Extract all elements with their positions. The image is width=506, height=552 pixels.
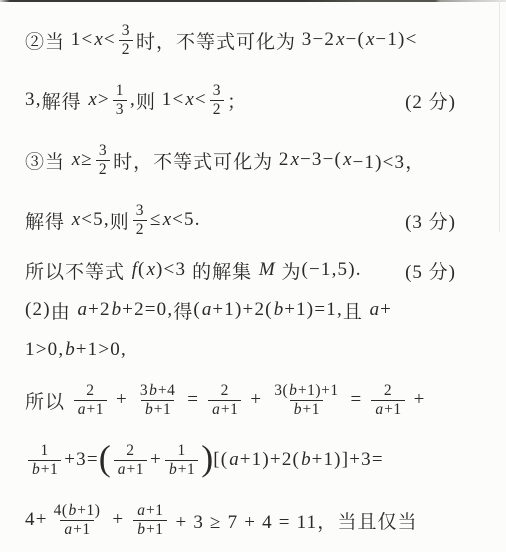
math-run: 1< [162,89,185,111]
math-run: [( [213,449,228,471]
fraction-numerator: 3 [133,202,147,220]
fraction-denominator: a+1 [74,400,107,419]
math-run: + [150,449,162,471]
math-run: 2 [221,382,229,400]
math-run: 3 [99,142,107,160]
math-run: −1)< [375,29,417,51]
math-line-case2-line1: ②当 1<x<32时，不等式可化为 3−2x−(x−1)< [25,10,458,70]
text-run: 时，不等式可化为 [113,147,279,174]
math-run: < [195,89,207,111]
fraction-denominator: 2 [210,100,224,119]
fraction-numerator: 2 [381,382,395,400]
math-run: 4( [54,502,68,520]
math-variable: a [228,449,240,471]
math-variable: b [31,461,41,479]
text-run: 解得 [25,207,71,234]
math-run: + [380,299,392,321]
math-run: <5, [81,209,110,231]
math-run: 3−2 [302,29,335,51]
solution-text: ②当 1<x<32时，不等式可化为 3−2x−(x−1)<3,解得 x>13,则… [0,0,506,552]
math-run: +1)+2( [240,449,300,471]
fraction-denominator: 2 [119,40,133,59]
math-run: +1>0, [76,339,127,361]
math-run: + [106,509,130,531]
fraction: 1b+1 [28,442,61,479]
math-run: 2 [86,382,94,400]
fraction-numerator: 1 [38,442,52,460]
text-run: 得 [173,297,193,324]
math-line-derivation-line3: 4+4(b+1)a+1 + a+1b+1 + 3 ≥ 7 + 4 = 11，当且… [25,490,458,550]
math-run: 3 [116,101,124,119]
math-line-solution-set-line: 所以不等式 f(x)<3 的解集 M 为(−1,5).(5 分) [25,250,458,290]
fraction: 1b+1 [165,442,198,479]
math-variable: b [148,382,158,400]
math-line-case3-line2: 解得 x<5,则32≤x<5.(3 分) [25,190,458,250]
math-run: 1 [177,442,185,460]
text-run: 则 [136,87,162,114]
fraction: 32 [133,202,147,239]
math-run: +1) [77,502,100,520]
math-variable: x [87,89,97,111]
fraction: 32 [119,22,133,59]
math-run: +4 [158,382,176,400]
math-run: +2 [88,299,111,321]
fraction-numerator: 2 [83,382,97,400]
math-run: <5. [172,209,201,231]
big-parenthesis: ( [99,442,111,474]
math-variable: a [77,401,87,419]
math-variable: b [300,449,312,471]
fraction: 13 [113,82,127,119]
fraction-denominator: a+1 [371,400,404,419]
math-variable: a [117,461,127,479]
text-run: ③当 [25,147,71,174]
score-badge: (2 分) [405,87,458,114]
math-line-case3-line1: ③当 x≥32时，不等式可化为 2x−3−(x−1)<3， [25,130,458,190]
math-run: 2 [122,41,130,59]
math-run: +1 [146,521,164,539]
math-run: +1 [178,461,196,479]
fraction: 4(b+1)a+1 [51,502,104,539]
math-variable: x [184,89,194,111]
math-run: 2 [213,101,221,119]
document-page: ②当 1<x<32时，不等式可化为 3−2x−(x−1)<3,解得 x>13,则… [0,0,506,552]
text-run: 由 [51,297,77,324]
math-run: +1)+1 [298,382,339,400]
fraction-numerator: 2 [123,442,137,460]
math-line-derivation-line2: 1b+1+3=(2a+1+1b+1)[(a+1)+2(b+1)]+3= [25,430,458,490]
math-run: +1)+2( [212,299,272,321]
math-run: 2 [279,149,290,171]
math-variable: b [111,299,123,321]
math-run: 2 [136,221,144,239]
math-variable: b [288,382,298,400]
text-run: 的解集 [192,257,258,284]
math-run: 1< [71,29,94,51]
math-run: ≤ [150,209,162,231]
score-badge: (3 分) [405,207,458,234]
math-run: ( [193,299,201,321]
text-run: 时，不等式可化为 [136,27,302,54]
math-variable: a [369,299,381,321]
math-variable: a [77,299,89,321]
math-variable: x [146,259,156,281]
fraction: 32 [96,142,110,179]
math-run: = [345,389,369,411]
math-run: +1 [221,401,239,419]
math-run: +1 [146,502,164,520]
math-run: 4+ [25,509,48,531]
math-run: 1 [41,442,49,460]
fraction-numerator: 2 [218,382,232,400]
math-run: 2 [384,382,392,400]
math-run: 3 [213,82,221,100]
math-run: > [98,89,110,111]
fraction: 32 [210,82,224,119]
fraction-denominator: 2 [133,220,147,239]
math-variable: b [293,401,303,419]
math-variable: x [335,29,345,51]
math-variable: a [201,299,213,321]
math-run: 2 [126,442,134,460]
math-variable: a [63,521,73,539]
math-variable: b [64,339,76,361]
fraction-denominator: b+1 [141,400,174,419]
math-variable: M [258,259,276,281]
fraction-numerator: 3b+4 [137,382,179,400]
math-run: +1)]+3= [312,449,384,471]
fraction-numerator: 4(b+1) [51,502,104,520]
math-run: 3 [140,382,148,400]
fraction-numerator: 3 [119,22,133,40]
score-badge: (5 分) [405,257,458,284]
fraction-numerator: 3 [96,142,110,160]
math-variable: a [374,401,384,419]
math-run: (−1,5). [301,259,361,281]
math-run: )<3 [156,259,192,281]
math-run: +1 [154,401,172,419]
math-variable: x [71,149,81,171]
math-line-part2-line2: 1>0,b+1>0, [25,330,458,370]
big-parenthesis: ) [201,442,213,474]
fraction-denominator: 3 [113,100,127,119]
math-variable: f [131,259,138,281]
math-variable: b [144,401,154,419]
math-run: +1 [87,401,105,419]
math-run: +1 [127,461,145,479]
fraction-denominator: a+1 [208,400,241,419]
math-variable: a [136,502,146,520]
text-run: 则 [110,207,130,234]
math-run: (2) [25,299,51,321]
math-variable: x [342,149,352,171]
math-run: 3 [122,22,130,40]
text-run: 所以 [25,387,71,414]
math-variable: x [290,149,300,171]
text-run: 所以不等式 [25,257,131,284]
fraction-numerator: 3 [210,82,224,100]
math-run: 3( [274,382,288,400]
text-run: 为 [276,257,302,284]
math-run: +1 [303,401,321,419]
fraction-numerator: 3(b+1)+1 [271,382,341,400]
math-run: ； [227,87,247,114]
fraction-denominator: b+1 [28,460,61,479]
math-run: 3 [136,202,144,220]
math-run: + [408,389,426,411]
math-run: 3, [25,89,42,111]
math-run: ( [138,259,146,281]
math-variable: x [71,209,81,231]
math-run: ≥ [81,149,93,171]
math-variable: x [365,29,375,51]
math-run: 2 [99,161,107,179]
math-variable: x [162,209,172,231]
text-run: ②当 [25,27,71,54]
text-run: 解得 [42,87,88,114]
text-run: 且 [343,297,369,324]
math-variable: b [273,299,285,321]
math-run: +1 [73,521,91,539]
math-run: + 3 ≥ 7 + 4 = 11， [170,507,338,534]
text-run: 当且仅当 [338,507,418,534]
fraction-denominator: b+1 [165,460,198,479]
math-variable: x [93,29,103,51]
math-run: 1>0, [25,339,64,361]
math-run: +2=0, [122,299,173,321]
math-run: = [181,389,205,411]
fraction-denominator: a+1 [60,520,93,539]
fraction-denominator: b+1 [133,520,166,539]
fraction-numerator: a+1 [133,502,166,520]
fraction: 2a+1 [74,382,107,419]
fraction: 3b+4b+1 [137,382,179,419]
math-variable: b [136,521,146,539]
math-run: < [104,29,116,51]
math-run: + [110,389,134,411]
fraction-denominator: a+1 [114,460,147,479]
fraction-numerator: 1 [174,442,188,460]
fraction-denominator: 2 [96,160,110,179]
fraction-denominator: b+1 [290,400,323,419]
math-run: +1)=1, [284,299,343,321]
math-line-derivation-line1: 所以 2a+1 + 3b+4b+1 = 2a+1 + 3(b+1)+1b+1 =… [25,370,458,430]
fraction: 2a+1 [371,382,404,419]
fraction-numerator: 1 [113,82,127,100]
fraction: 3(b+1)+1b+1 [271,382,341,419]
math-run: −1)<3， [353,147,426,174]
fraction: 2a+1 [208,382,241,419]
math-variable: b [168,461,178,479]
math-run: −( [346,29,365,51]
math-run: +1 [384,401,402,419]
math-run: +3= [64,449,99,471]
fraction: 2a+1 [114,442,147,479]
math-run: −3−( [300,149,342,171]
math-line-part2-line1: (2)由 a+2b+2=0,得(a+1)+2(b+1)=1,且 a+ [25,290,458,330]
math-variable: b [68,502,78,520]
math-run: + [244,389,268,411]
math-run: 1 [116,82,124,100]
fraction: a+1b+1 [133,502,166,539]
math-variable: a [211,401,221,419]
math-line-case2-line2: 3,解得 x>13,则 1<x<32；(2 分) [25,70,458,130]
math-run: +1 [41,461,59,479]
